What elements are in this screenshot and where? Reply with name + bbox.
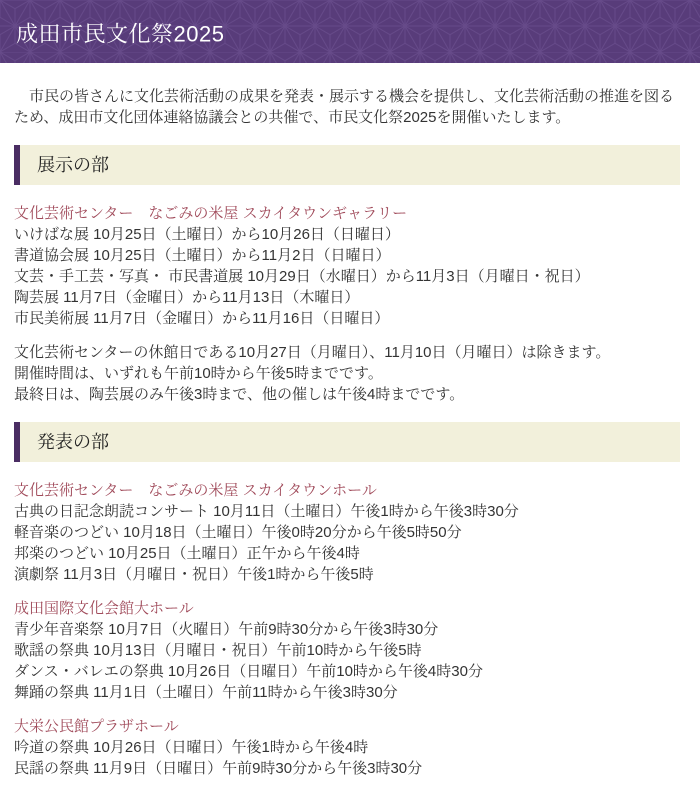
section-heading-performance: 発表の部: [14, 422, 680, 462]
exhibition-notes: 文化芸術センターの休館日である10月27日（月曜日）、11月10日（月曜日）は除…: [14, 342, 680, 405]
event-line: 民謡の祭典 11月9日（日曜日）午前9時30分から午後3時30分: [14, 758, 680, 779]
venue-heading-narita-international-hall: 成田国際文化会館大ホール: [14, 598, 680, 619]
intro-paragraph: 市民の皆さんに文化芸術活動の成果を発表・展示する機会を提供し、文化芸術活動の推進…: [14, 86, 680, 128]
event-line: ダンス・バレエの祭典 10月26日（日曜日）午前10時から午後4時30分: [14, 661, 680, 682]
event-line: 演劇祭 11月3日（月曜日・祝日）午後1時から午後5時: [14, 564, 680, 585]
event-line: 陶芸展 11月7日（金曜日）から11月13日（木曜日）: [14, 287, 680, 308]
event-line: 吟道の祭典 10月26日（日曜日）午後1時から午後4時: [14, 737, 680, 758]
note-line: 開催時間は、いずれも午前10時から午後5時までです。: [14, 363, 680, 384]
venue-block-skytown-hall: 文化芸術センター なごみの米屋 スカイタウンホール 古典の日記念朗読コンサート …: [14, 480, 680, 585]
event-line: 歌謡の祭典 10月13日（月曜日・祝日）午前10時から午後5時: [14, 640, 680, 661]
event-line: 舞踊の祭典 11月1日（土曜日）午前11時から午後3時30分: [14, 682, 680, 703]
venue-block-narita-international-hall: 成田国際文化会館大ホール 青少年音楽祭 10月7日（火曜日）午前9時30分から午…: [14, 598, 680, 703]
note-line: 文化芸術センターの休館日である10月27日（月曜日）、11月10日（月曜日）は除…: [14, 342, 680, 363]
page-title: 成田市民文化祭2025: [16, 17, 224, 48]
section-heading-exhibition: 展示の部: [14, 145, 680, 185]
venue-block-taiei-plaza-hall: 大栄公民館プラザホール 吟道の祭典 10月26日（日曜日）午後1時から午後4時 …: [14, 716, 680, 779]
content-area: 市民の皆さんに文化芸術活動の成果を発表・展示する機会を提供し、文化芸術活動の推進…: [14, 86, 680, 779]
event-line: 市民美術展 11月7日（金曜日）から11月16日（日曜日）: [14, 308, 680, 329]
event-line: 青少年音楽祭 10月7日（火曜日）午前9時30分から午後3時30分: [14, 619, 680, 640]
event-line: 邦楽のつどい 10月25日（土曜日）正午から午後4時: [14, 543, 680, 564]
event-line: 古典の日記念朗読コンサート 10月11日（土曜日）午後1時から午後3時30分: [14, 501, 680, 522]
venue-block-skytown-gallery: 文化芸術センター なごみの米屋 スカイタウンギャラリー いけばな展 10月25日…: [14, 203, 680, 329]
venue-heading-skytown-hall: 文化芸術センター なごみの米屋 スカイタウンホール: [14, 480, 680, 501]
event-line: 書道協会展 10月25日（土曜日）から11月2日（日曜日）: [14, 245, 680, 266]
note-line: 最終日は、陶芸展のみ午後3時まで、他の催しは午後4時までです。: [14, 384, 680, 405]
event-line: 文芸・手工芸・写真・ 市民書道展 10月29日（水曜日）から11月3日（月曜日・…: [14, 266, 680, 287]
venue-heading-taiei-plaza-hall: 大栄公民館プラザホール: [14, 716, 680, 737]
page-header: 成田市民文化祭2025: [0, 0, 700, 63]
event-line: いけばな展 10月25日（土曜日）から10月26日（日曜日）: [14, 224, 680, 245]
event-line: 軽音楽のつどい 10月18日（土曜日）午後0時20分から午後5時50分: [14, 522, 680, 543]
venue-heading-skytown-gallery: 文化芸術センター なごみの米屋 スカイタウンギャラリー: [14, 203, 680, 224]
